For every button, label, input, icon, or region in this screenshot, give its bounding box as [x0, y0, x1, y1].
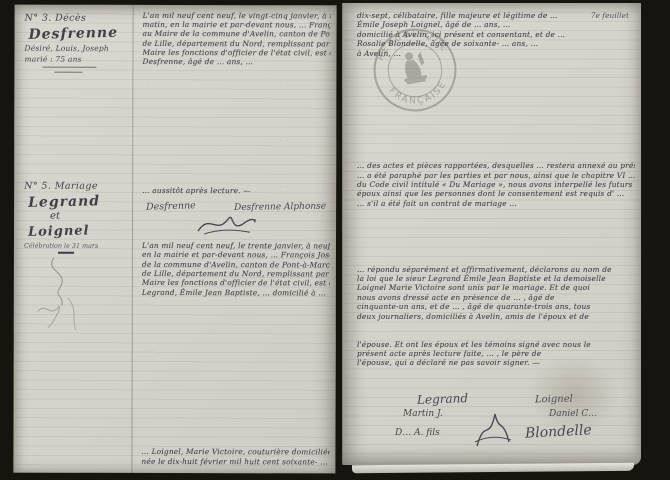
illegible-handwritten-line	[357, 105, 635, 114]
signature-temoin-1: Martin J.	[403, 409, 443, 419]
signature-legrand: Legrand	[417, 391, 469, 407]
illegible-handwritten-line	[142, 372, 330, 382]
handwritten-line: du Code civil intitulé « Du Mariage », n…	[357, 180, 635, 189]
signature-desfrenne: Desfrenne	[146, 200, 196, 213]
act-deces-body: L'an mil neuf cent neuf, le vingt-cinq j…	[142, 11, 330, 195]
page-stain	[529, 355, 619, 435]
et-label: et	[50, 211, 126, 222]
margin-rule	[42, 67, 96, 68]
illegible-handwritten-line	[357, 236, 635, 245]
illegible-handwritten-line	[357, 218, 635, 227]
handwritten-line: de Lille, département du Nord, remplissa…	[142, 269, 330, 279]
illegible-handwritten-line	[357, 330, 635, 339]
illegible-handwritten-line	[357, 152, 635, 161]
illegible-handwritten-line	[142, 130, 330, 140]
handwritten-line: Maire les fonctions d'officier de l'état…	[142, 48, 330, 58]
register-scan: N° 3. Décès Desfrenne Désiré, Louis, Jos…	[0, 0, 670, 480]
handwritten-line: présent acte après lecture faite, … , le…	[357, 349, 635, 358]
handwritten-line: … aussitôt après lecture. —	[142, 185, 330, 195]
illegible-handwritten-line	[142, 382, 330, 392]
handwritten-line: Desfrenne, âgé de … ans, …	[142, 57, 330, 67]
illegible-handwritten-line	[357, 58, 635, 67]
illegible-handwritten-line	[357, 124, 635, 133]
left-page: N° 3. Décès Desfrenne Désiré, Louis, Jos…	[13, 5, 336, 474]
page-edges	[352, 463, 634, 473]
handwritten-line: … Loignel, Marie Victoire, couturière do…	[141, 447, 329, 457]
illegible-handwritten-line	[357, 67, 635, 76]
illegible-handwritten-line	[142, 94, 330, 104]
handwritten-line: cinquante-un ans, et de … , âgé de quara…	[357, 302, 635, 311]
act-number-mariage: N° 5. Mariage	[24, 181, 126, 192]
handwritten-line: Maire les fonctions d'officier de l'état…	[142, 278, 330, 288]
illegible-handwritten-line	[142, 316, 330, 326]
handwritten-line: dix-sept, célibataire, fille majeure et …	[357, 11, 635, 20]
handwritten-line: au Maire de la commune d'Avelin, canton …	[143, 29, 331, 39]
groom-surname: Legrand	[28, 193, 126, 211]
illegible-handwritten-line	[142, 158, 330, 168]
act-number-deces: N° 3. Décès	[25, 13, 127, 24]
bride-surname: Loignel	[28, 223, 126, 240]
officer-paraph	[469, 412, 515, 450]
illegible-handwritten-line	[141, 428, 329, 438]
illegible-handwritten-line	[142, 84, 330, 94]
celebration-note: Célébration le 31 mars	[24, 242, 126, 250]
illegible-handwritten-line	[142, 121, 330, 131]
illegible-handwritten-line	[142, 66, 330, 76]
officer-paraph	[194, 211, 258, 237]
left-margin-column: N° 3. Décès Desfrenne Désiré, Louis, Jos…	[13, 5, 133, 473]
illegible-handwritten-line	[357, 114, 635, 123]
act-deces-signatures: Desfrenne Desfrenne Alphonse	[142, 195, 330, 241]
handwritten-line: à Avelin, …	[357, 49, 635, 58]
handwritten-line: Loignel Marie Victoire sont unis par le …	[357, 283, 635, 292]
illegible-handwritten-line	[142, 363, 330, 373]
handwritten-line: l'épouse. Et ont les époux et les témoin…	[357, 340, 635, 349]
illegible-handwritten-line	[142, 400, 330, 410]
handwritten-line: … a été paraphé par les parties et par n…	[357, 171, 635, 180]
handwritten-line: de Lille, département du Nord, remplissa…	[143, 38, 331, 48]
illegible-handwritten-line	[142, 149, 330, 159]
handwritten-line: deux journaliers, domiciliés à Avelin, a…	[357, 312, 635, 321]
illegible-handwritten-line	[357, 227, 635, 236]
illegible-handwritten-line	[357, 255, 635, 264]
handwritten-line: Rosalie Blondelle, âgée de soixante- … a…	[357, 39, 635, 48]
illegible-handwritten-line	[142, 391, 330, 401]
illegible-handwritten-line	[142, 325, 330, 335]
right-page: 7e feuillet RÉPUBLIQUE FRANÇAISE	[342, 3, 641, 465]
illegible-handwritten-line	[357, 208, 635, 217]
illegible-handwritten-line	[142, 103, 330, 113]
handwritten-line: domicilié à Avelin, ici présent et conse…	[357, 30, 635, 39]
act-mariage-body-right: dix-sept, célibataire, fille majeure et …	[357, 11, 635, 368]
act-mariage-body-left: L'an mil neuf cent neuf, le trente janvi…	[141, 241, 330, 467]
illegible-handwritten-line	[141, 438, 329, 448]
illegible-handwritten-line	[357, 96, 635, 105]
illegible-handwritten-line	[357, 77, 635, 86]
handwritten-line: la loi que le sieur Legrand Émile Jean B…	[357, 274, 635, 283]
illegible-handwritten-line	[142, 167, 330, 177]
pencil-scribble	[24, 254, 94, 334]
handwritten-line: époux ainsi que les personnes dont le co…	[357, 189, 635, 198]
handwritten-line: L'an mil neuf cent neuf, le trente janvi…	[142, 241, 330, 251]
left-text-column: L'an mil neuf cent neuf, le vingt-cinq j…	[133, 5, 336, 474]
handwritten-line: Legrand, Émile Jean Baptiste, … domicili…	[142, 288, 330, 298]
deces-status-age: marié : 75 ans	[24, 55, 126, 64]
illegible-handwritten-line	[142, 410, 330, 420]
handwritten-line: L'an mil neuf cent neuf, le vingt-cinq j…	[143, 11, 331, 21]
margin-rule	[54, 72, 82, 73]
handwritten-line: matin, en la mairie et par-devant nous, …	[143, 20, 331, 30]
handwritten-line: de la commune d'Avelin, canton de Pont-à…	[142, 259, 330, 269]
illegible-handwritten-line	[142, 176, 330, 186]
handwritten-line: … des actes et pièces rapportées, desque…	[357, 161, 635, 170]
deces-firstnames: Désiré, Louis, Joseph	[24, 44, 126, 53]
illegible-handwritten-line	[357, 142, 635, 151]
handwritten-line: … répondu séparément et affirmativement,…	[357, 265, 635, 274]
handwritten-line: nous avons dressé acte en présence de … …	[357, 293, 635, 302]
illegible-handwritten-line	[142, 335, 330, 345]
illegible-handwritten-line	[357, 321, 635, 330]
handwritten-line: née le dix-huit février mil huit cent so…	[141, 457, 329, 467]
illegible-handwritten-line	[142, 306, 330, 316]
handwritten-line: Émile Joseph Loignel, âgé de … ans, …	[357, 20, 635, 29]
handwritten-line: … s'il a été fait un contrat de mariage …	[357, 199, 635, 208]
margin-annotation-mariage: N° 5. Mariage Legrand et Loignel Célébra…	[24, 181, 126, 338]
illegible-handwritten-line	[142, 75, 330, 85]
handwritten-line: en la mairie et par-devant nous, … Franç…	[142, 250, 330, 260]
deces-surname: Desfrenne	[28, 25, 126, 43]
illegible-handwritten-line	[142, 419, 330, 429]
illegible-handwritten-line	[142, 140, 330, 150]
illegible-handwritten-line	[142, 353, 330, 363]
illegible-handwritten-line	[142, 112, 330, 122]
margin-annotation-deces: N° 3. Décès Desfrenne Désiré, Louis, Jos…	[24, 13, 126, 73]
illegible-handwritten-line	[357, 133, 635, 142]
illegible-handwritten-line	[357, 86, 635, 95]
illegible-handwritten-line	[357, 246, 635, 255]
illegible-handwritten-line	[142, 297, 330, 307]
signature-temoin-3: D… A. fils	[395, 428, 440, 438]
illegible-handwritten-line	[142, 344, 330, 354]
